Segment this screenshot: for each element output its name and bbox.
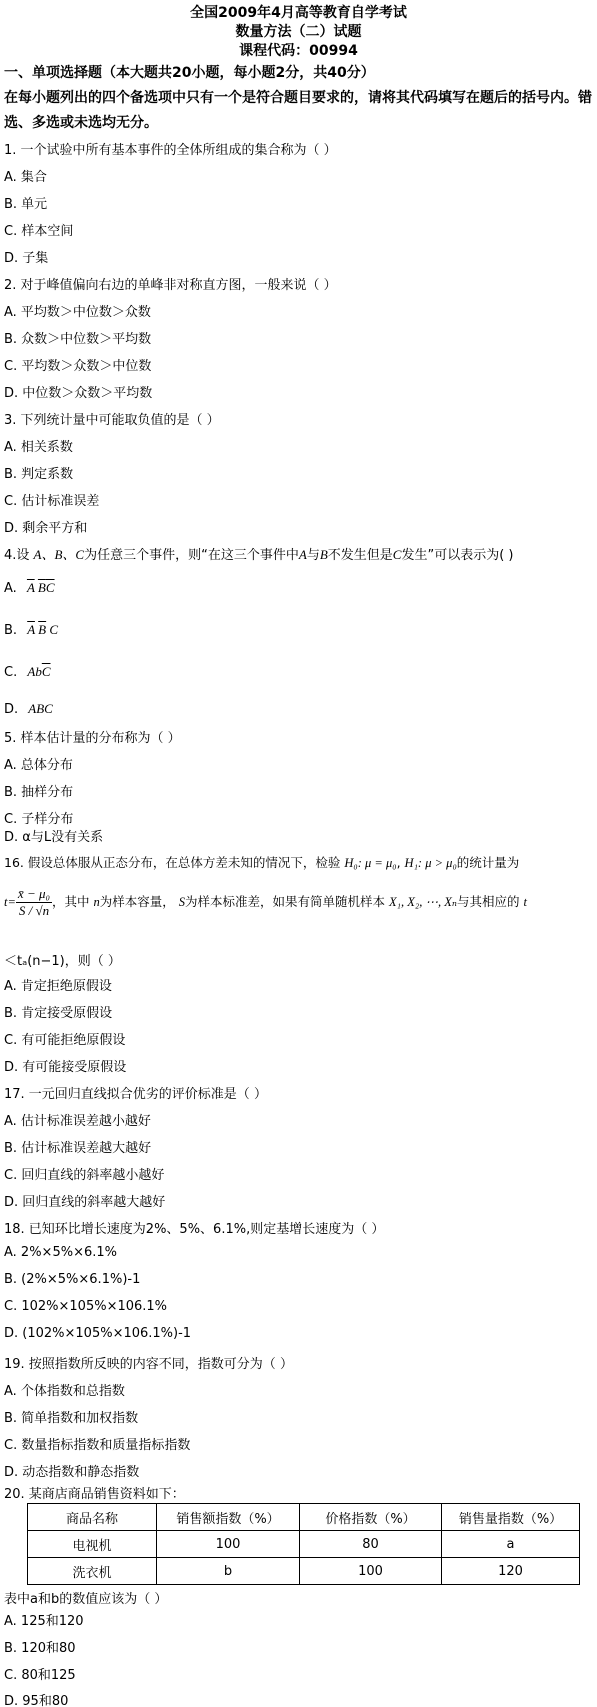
question-16-option-a: A. 肯定拒绝原假设: [4, 975, 112, 994]
question-18-option-c: C. 102%×105%×106.1%: [4, 1299, 167, 1314]
question-17-option-d: D. 回归直线的斜率越大越好: [4, 1191, 165, 1210]
sales-table: 商品名称 销售额指数（%） 价格指数（%） 销售量指数（%） 电视机 100 8…: [27, 1503, 580, 1585]
question-16-formula-line: t=x̄ − μ₀S / √n，其中 n为样本容量， S为样本标准差，如果有简单…: [4, 886, 527, 919]
question-18-stem: 18. 已知环比增长速度为2%、5%、6.1%,则定基增长速度为（ ）: [4, 1218, 384, 1237]
question-5-stem: 5. 样本估计量的分布称为（ ）: [4, 727, 181, 746]
question-17-stem: 17. 一元回归直线拟合优劣的评价标准是（ ）: [4, 1083, 267, 1102]
table-header-cell: 商品名称: [28, 1504, 157, 1531]
t-statistic-fraction: x̄ − μ₀S / √n: [16, 886, 52, 919]
table-cell: 洗衣机: [28, 1558, 157, 1585]
question-16-option-d: D. 有可能接受原假设: [4, 1056, 126, 1075]
table-cell: 100: [157, 1531, 300, 1558]
question-1-option-d: D. 子集: [4, 247, 48, 266]
question-19-stem: 19. 按照指数所反映的内容不同，指数可分为（ ）: [4, 1353, 293, 1372]
question-3-option-b: B. 判定系数: [4, 463, 73, 482]
question-19-option-c: C. 数量指标指数和质量指标指数: [4, 1434, 190, 1453]
exam-subtitle: 数量方法（二）试题: [0, 21, 597, 41]
question-16-stem: 16. 假设总体服从正态分布，在总体方差未知的情况下，检验 H₀: μ = μ₀…: [4, 853, 519, 871]
question-1-option-b: B. 单元: [4, 193, 47, 212]
question-1-option-a: A. 集合: [4, 166, 47, 185]
question-3-option-a: A. 相关系数: [4, 436, 73, 455]
table-row: 洗衣机 b 100 120: [28, 1558, 580, 1585]
section-heading: 一、单项选择题（本大题共20小题，每小题2分，共40分）: [4, 62, 375, 82]
question-20-option-a: A. 125和120: [4, 1610, 84, 1629]
question-17-option-a: A. 估计标准误差越小越好: [4, 1110, 151, 1129]
question-19-option-b: B. 简单指数和加权指数: [4, 1407, 138, 1426]
question-4-stem-end: 发生”可以表示为( ): [401, 548, 513, 563]
question-16-option-c: C. 有可能拒绝原假设: [4, 1029, 125, 1048]
question-17-option-b: B. 估计标准误差越大越好: [4, 1137, 151, 1156]
question-3-option-c: C. 估计标准误差: [4, 490, 99, 509]
table-cell: 80: [300, 1531, 442, 1558]
question-2-option-d: D. 中位数＞众数＞平均数: [4, 382, 152, 401]
question-4-option-c: C. AbC: [4, 664, 50, 680]
question-20-option-d: D. 95和80: [4, 1690, 68, 1707]
question-20-stem: 20. 某商店商品销售资料如下：: [4, 1483, 185, 1502]
question-4-stem: 4.设 A、B、C为任意三个事件，则“在这三个事件中A与B发生”可以表示为( )…: [4, 544, 513, 563]
question-19-option-a: A. 个体指数和总指数: [4, 1380, 125, 1399]
question-20-option-b: B. 120和80: [4, 1637, 76, 1656]
table-cell: a: [442, 1531, 580, 1558]
question-20-followup: 表中a和b的数值应该为（ ）: [4, 1588, 167, 1607]
instructions-line-1: 在每小题列出的四个备选项中只有一个是符合题目要求的，请将其代码填写在题后的括号内…: [4, 87, 592, 107]
question-1-option-c: C. 样本空间: [4, 220, 73, 239]
question-1-stem: 1. 一个试验中所有基本事件的全体所组成的集合称为（ ）: [4, 139, 337, 158]
table-cell: 120: [442, 1558, 580, 1585]
table-cell: 100: [300, 1558, 442, 1585]
question-3-option-d: D. 剩余平方和: [4, 517, 87, 536]
question-2-option-a: A. 平均数＞中位数＞众数: [4, 301, 151, 320]
question-17-option-c: C. 回归直线的斜率越小越好: [4, 1164, 164, 1183]
question-2-option-b: B. 众数＞中位数＞平均数: [4, 328, 151, 347]
question-16-condition: ＜tₐ(n−1)，则（ ）: [4, 950, 121, 969]
question-4-option-d: D. ABC: [4, 701, 53, 717]
question-18-option-b: B. (2%×5%×6.1%)-1: [4, 1272, 140, 1287]
question-16-option-b: B. 肯定接受原假设: [4, 1002, 112, 1021]
table-cell: b: [157, 1558, 300, 1585]
question-18-option-d: D. (102%×105%×106.1%)-1: [4, 1326, 191, 1341]
question-18-option-a: A. 2%×5%×6.1%: [4, 1245, 117, 1260]
table-header-cell: 价格指数（%）: [300, 1504, 442, 1531]
question-3-stem: 3. 下列统计量中可能取负值的是（ ）: [4, 409, 220, 428]
question-4-option-b: B. A B C: [4, 622, 58, 638]
question-2-stem: 2. 对于峰值偏向右边的单峰非对称直方图，一般来说（ ）: [4, 274, 337, 293]
table-header-cell: 销售量指数（%）: [442, 1504, 580, 1531]
table-row: 电视机 100 80 a: [28, 1531, 580, 1558]
question-19-option-d: D. 动态指数和静态指数: [4, 1461, 139, 1480]
question-5-option-b: B. 抽样分布: [4, 781, 73, 800]
question-5-option-d: D. α与L没有关系: [4, 826, 103, 845]
instructions-line-2: 选、多选或未选均无分。: [4, 112, 158, 132]
question-5-option-c: C. 子样分布: [4, 808, 73, 827]
course-code: 课程代码：00994: [0, 40, 597, 60]
table-cell: 电视机: [28, 1531, 157, 1558]
exam-title: 全国2009年4月高等教育自学考试: [0, 2, 597, 22]
question-5-option-a: A. 总体分布: [4, 754, 73, 773]
question-20-option-c: C. 80和125: [4, 1664, 76, 1683]
table-header-row: 商品名称 销售额指数（%） 价格指数（%） 销售量指数（%）: [28, 1504, 580, 1531]
question-4-option-a: A. A BC: [4, 580, 55, 596]
question-2-option-c: C. 平均数＞众数＞中位数: [4, 355, 151, 374]
table-header-cell: 销售额指数（%）: [157, 1504, 300, 1531]
